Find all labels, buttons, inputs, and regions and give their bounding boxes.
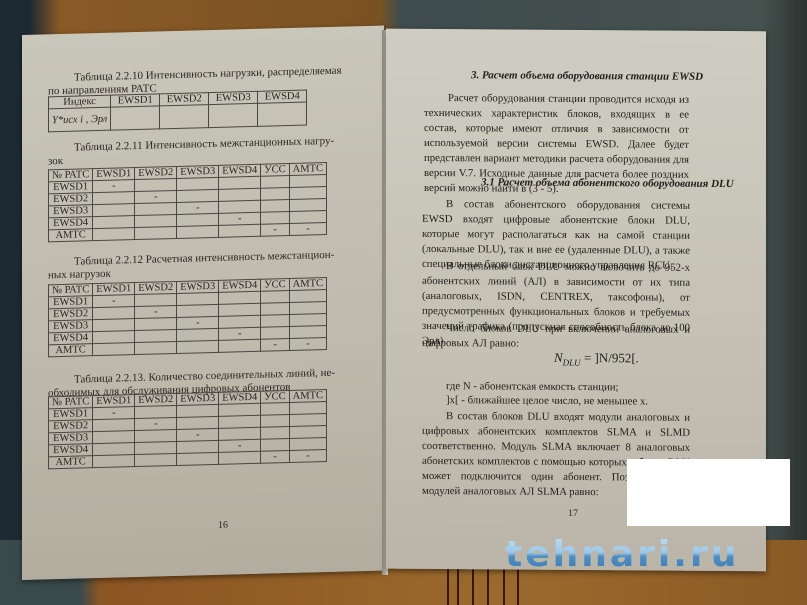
table-cell [289,402,326,415]
row-header-cell: АМТС [49,229,93,242]
table-cell [93,443,135,456]
table-cell [219,451,261,464]
table-cell: - [289,338,326,351]
table-cell: - [289,450,326,463]
table-header-cell: EWSD3 [209,91,258,104]
table-cell: - [177,428,219,441]
table-cell [177,225,219,238]
table-cell [289,302,326,315]
row-header-cell: АМТС [49,344,93,357]
table-header-cell: EWSD2 [135,166,177,179]
table-cell [135,178,177,191]
table-cell: - [177,316,219,329]
table-header-cell: УСС [261,391,289,404]
table-header-cell: EWSD2 [135,281,177,294]
table-cell: - [261,224,289,237]
table-cell [219,303,261,316]
table-header-cell: АМТС [289,390,326,403]
table-header-cell: EWSD1 [111,94,160,107]
table-cell [219,176,261,189]
table-cell: - [177,201,219,214]
table-cell [135,317,177,330]
row-header-cell: АМТС [49,456,93,469]
table-header-cell: EWSD1 [93,283,135,296]
table-cell [93,419,135,432]
table-cell [177,177,219,190]
table-cell [261,188,289,201]
left-page: Таблица 2.2.10 Интенсивность нагрузки, р… [22,26,384,580]
table-cell [111,106,160,130]
row-header-cell: EWSD4 [49,332,93,345]
row-header-cell: EWSD2 [49,308,93,321]
table-cell [135,341,177,354]
table-cell [289,314,326,327]
table-cell [289,199,326,212]
table-cell [93,216,135,229]
table-header-cell: № РАТС [49,169,93,182]
table-header-cell: EWSD2 [135,393,177,406]
table-cell [261,315,289,328]
section-title: 3. Расчет объема оборудования станции EW… [471,69,703,83]
table-cell [261,303,289,316]
row-header-cell: EWSD2 [49,420,93,433]
table-cell: - [93,295,135,308]
table-cell [177,328,219,341]
table-cell [135,429,177,442]
data-table: № РАТСEWSD1EWSD2EWSD3EWSD4УССАМТСEWSD1-E… [48,389,327,469]
table-cell [289,290,326,303]
table-header-cell: АМТС [289,278,326,291]
table-cell: - [261,339,289,352]
table-cell [289,187,326,200]
table-header-cell: АМТС [289,163,326,176]
paragraph-3: Число блоков DLU при включении аналоговы… [422,321,690,353]
table-header-cell: EWSD2 [160,93,209,106]
page-number-right: 17 [568,508,578,519]
table-cell: - [135,305,177,318]
table-cell [160,105,209,129]
table-cell [177,292,219,305]
table-header-cell: EWSD4 [219,391,261,404]
table-cell: - [261,451,289,464]
table-cell: - [135,190,177,203]
table-cell: - [93,180,135,193]
table-cell [177,189,219,202]
table-cell [93,331,135,344]
row-header-cell: EWSD4 [49,444,93,457]
table-cell [289,438,326,451]
table-header-cell: EWSD4 [258,90,307,103]
table-cell [135,226,177,239]
table-header-cell: EWSD4 [219,164,261,177]
where-line-2: ]x[ - ближайшее целое число, не меньшее … [446,393,696,410]
table-header-cell: EWSD1 [93,395,135,408]
table-header-cell: EWSD1 [93,168,135,181]
table-cell [261,427,289,440]
table-cell [93,307,135,320]
table-cell [261,176,289,189]
table-cell [93,431,135,444]
table-cell [93,343,135,356]
row-header-cell: EWSD3 [49,432,93,445]
table-header-cell: EWSD3 [177,165,219,178]
table-cell [261,327,289,340]
row-header-cell: EWSD1 [49,408,93,421]
table-cell [93,228,135,241]
table-cell [289,326,326,339]
table-cell [209,103,258,127]
table-cell [261,403,289,416]
table-header-cell: EWSD3 [177,280,219,293]
table-cell [93,192,135,205]
row-header-cell: EWSD3 [49,205,93,218]
table-cell [219,339,261,352]
row-header-cell: Y*исх i , Эрл [49,107,111,132]
table-cell [177,340,219,353]
row-header-cell: EWSD2 [49,193,93,206]
subsection-title: 3.1 Расчет объема абонентского оборудова… [481,176,734,190]
table-cell [219,315,261,328]
row-header-cell: EWSD3 [49,320,93,333]
row-header-cell: EWSD1 [49,181,93,194]
table-cell [219,200,261,213]
table-cell [135,202,177,215]
table-cell [219,427,261,440]
table-cell: - [289,223,326,236]
table-cell [258,102,307,126]
table-cell: - [219,212,261,225]
table-cell [135,293,177,306]
table-cell [289,414,326,427]
table-cell: - [219,327,261,340]
table-cell [219,224,261,237]
page-number-left: 16 [218,520,228,531]
table-cell [93,455,135,468]
table-cell [135,441,177,454]
table-header-cell: УСС [261,164,289,177]
table-header-cell: № РАТС [49,284,93,297]
table-cell: - [135,417,177,430]
table-cell [93,319,135,332]
data-table: ИндексEWSD1EWSD2EWSD3EWSD4Y*исх i , Эрл [48,90,307,133]
table-cell [289,175,326,188]
table-cell [219,403,261,416]
table-cell [177,440,219,453]
table-cell [219,291,261,304]
table-header-cell: EWSD3 [177,392,219,405]
data-table: № РАТСEWSD1EWSD2EWSD3EWSD4УССАМТСEWSD1-E… [48,277,327,357]
table-header-cell: УСС [261,279,289,292]
table-cell [261,415,289,428]
table-cell [177,304,219,317]
table-header-cell: EWSD4 [219,279,261,292]
table-cell [177,404,219,417]
table-header-cell: № РАТС [49,396,93,409]
table-cell [177,452,219,465]
watermark: tehnari.ru [505,534,739,575]
table-cell [93,204,135,217]
row-header-cell: EWSD4 [49,217,93,230]
table-cell [219,415,261,428]
table-cell [135,214,177,227]
table-cell [261,200,289,213]
table-cell: - [219,439,261,452]
table-cell [135,405,177,418]
data-table: № РАТСEWSD1EWSD2EWSD3EWSD4УССАМТСEWSD1-E… [48,162,327,242]
table-cell [289,426,326,439]
row-header-cell: EWSD1 [49,296,93,309]
table-cell [177,213,219,226]
table-cell [261,212,289,225]
table-cell [261,439,289,452]
formula-ndlu: NDLU = ]N/952[. [554,350,639,368]
table-cell [261,291,289,304]
table-cell [289,211,326,224]
redaction-box [627,459,790,526]
table-cell [135,329,177,342]
table-cell [219,188,261,201]
table-cell: - [93,407,135,420]
table-cell [135,453,177,466]
table-cell [177,416,219,429]
